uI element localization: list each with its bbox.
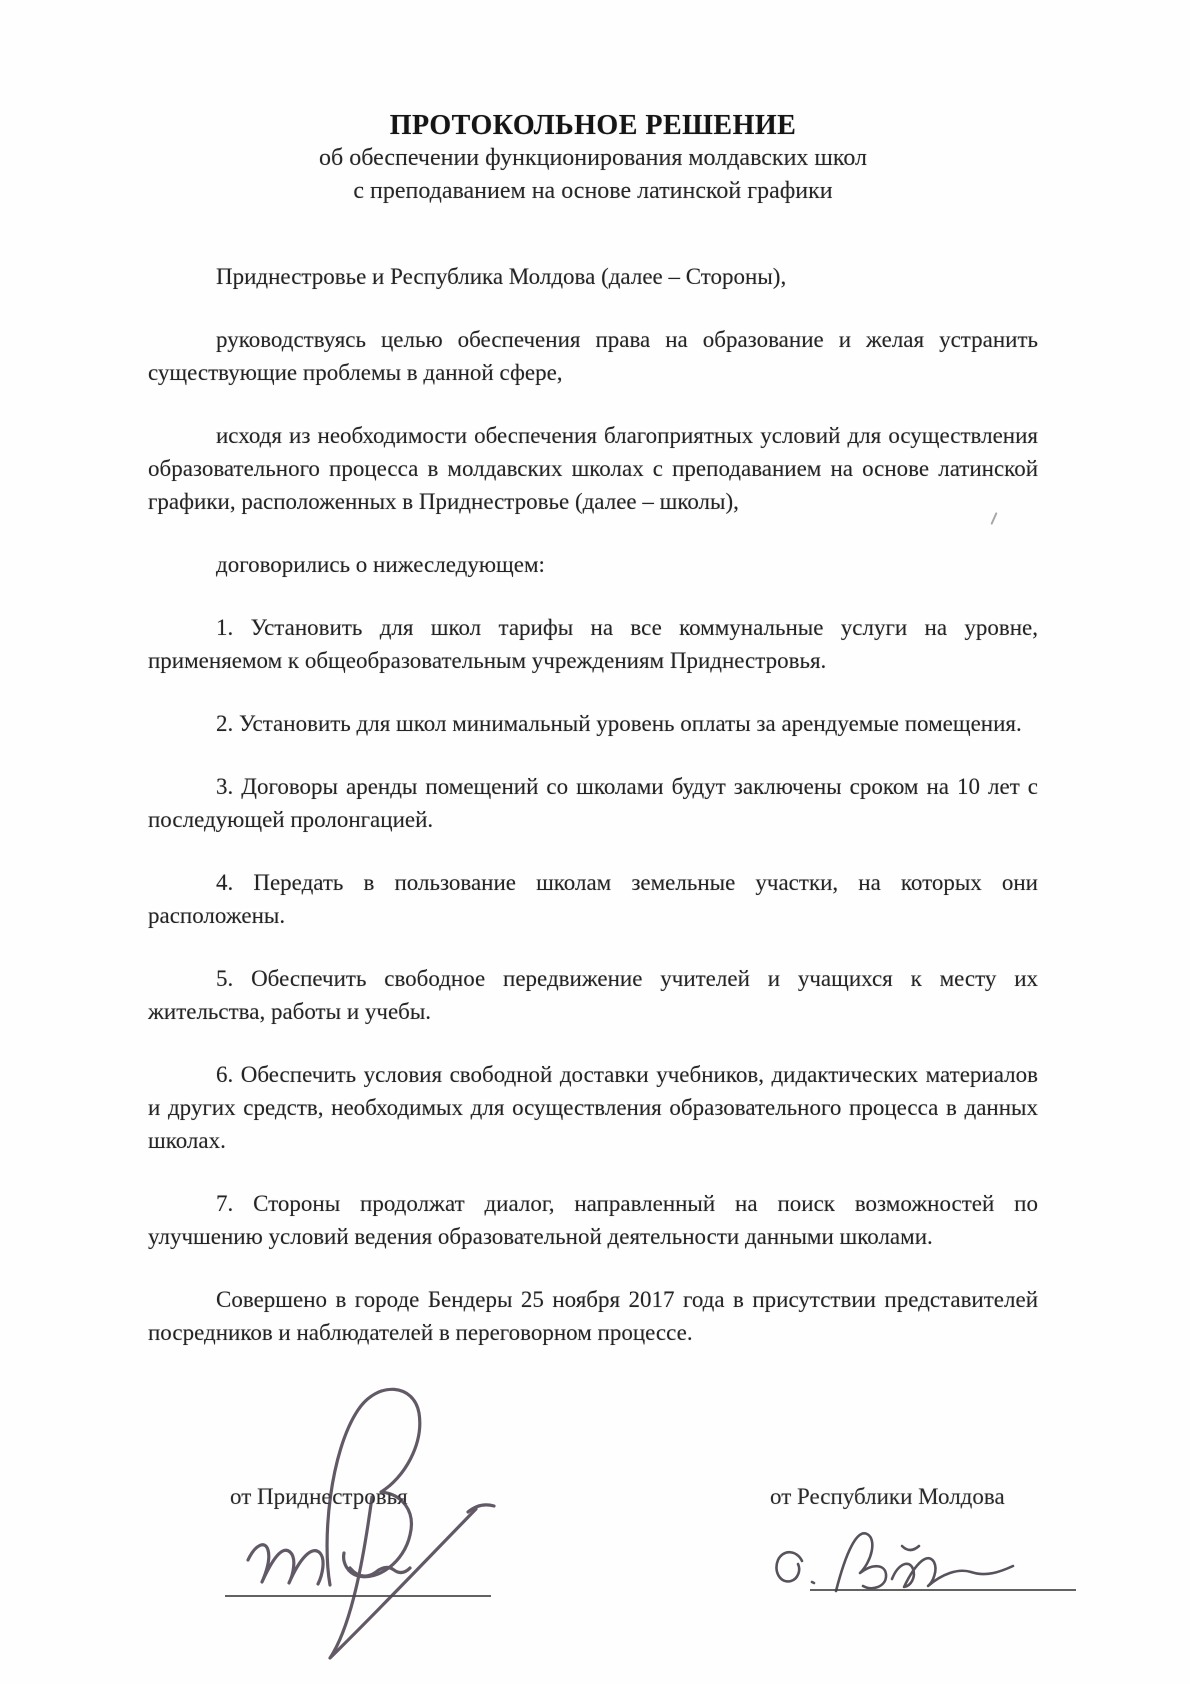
document-header: ПРОТОКОЛЬНОЕ РЕШЕНИЕ об обеспечении функ… (148, 110, 1038, 208)
numbered-item-2: 2. Установить для школ минимальный урове… (148, 707, 1038, 740)
document-subtitle-line: об обеспечении функционирования молдавск… (148, 142, 1038, 175)
paragraph-preamble-2: исходя из необходимости обеспечения благ… (148, 419, 1038, 518)
document-subtitle-line: с преподаванием на основе латинской граф… (148, 175, 1038, 208)
paragraph-parties: Приднестровье и Республика Молдова (дале… (148, 260, 1038, 293)
scanned-document-page: ПРОТОКОЛЬНОЕ РЕШЕНИЕ об обеспечении функ… (0, 0, 1190, 1684)
numbered-item-3: 3. Договоры аренды помещений со школами … (148, 770, 1038, 836)
document-body: Приднестровье и Республика Молдова (дале… (148, 260, 1038, 1349)
paragraph-preamble-1: руководствуясь целью обеспечения права н… (148, 323, 1038, 389)
closing-paragraph: Совершено в городе Бендеры 25 ноября 201… (148, 1283, 1038, 1349)
numbered-item-4: 4. Передать в пользование школам земельн… (148, 866, 1038, 932)
numbered-item-5: 5. Обеспечить свободное передвижение учи… (148, 962, 1038, 1028)
document-content: ПРОТОКОЛЬНОЕ РЕШЕНИЕ об обеспечении функ… (148, 0, 1038, 1379)
handwritten-signature-right (776, 1533, 1013, 1591)
numbered-item-7: 7. Стороны продолжат диалог, направленны… (148, 1187, 1038, 1253)
paragraph-agreement-intro: договорились о нижеследующем: (148, 548, 1038, 581)
numbered-item-6: 6. Обеспечить условия свободной доставки… (148, 1058, 1038, 1157)
handwritten-signatures-layer (0, 1380, 1190, 1684)
numbered-item-1: 1. Установить для школ тарифы на все ком… (148, 611, 1038, 677)
handwritten-signature-left (248, 1389, 494, 1658)
document-title: ПРОТОКОЛЬНОЕ РЕШЕНИЕ (148, 110, 1038, 142)
